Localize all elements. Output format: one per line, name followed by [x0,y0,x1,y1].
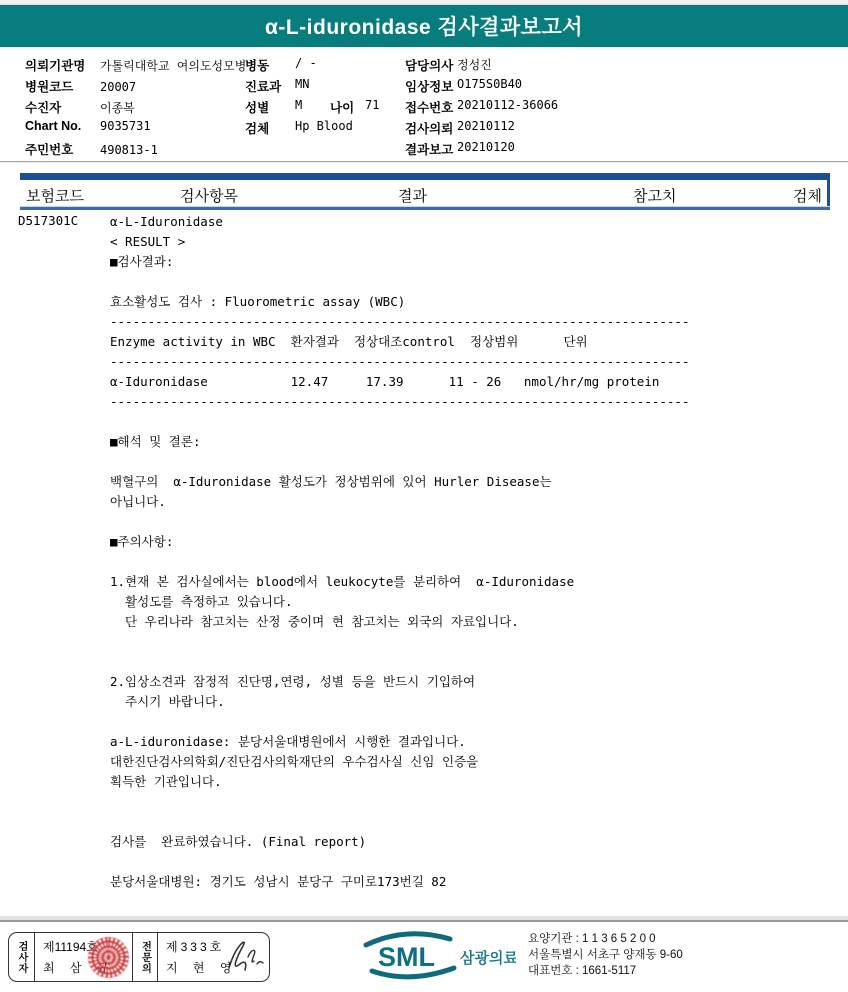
field-label-ward: 병동 [245,56,269,74]
field-label-requesting-org: 의뢰기관명 [25,56,100,74]
sml-logo-subtext: 삼광의료재단 [460,949,516,967]
field-value-patient: 이종복 [100,101,135,115]
field-label-patient: 수진자 [25,98,100,116]
field-value-doctor: 정성진 [457,56,492,73]
field-label-sex: 성별 [245,98,269,116]
field-value-chart-no: 9035731 [100,119,151,133]
field-label-accession-no: 접수번호 [405,98,453,116]
page-title: α-L-iduronidase 검사결과보고서 [265,11,583,41]
certification-box: 검사자 제11194호 최 삼 규 전문의 제333호 지 현 영 [8,932,270,982]
table-header-underline [20,207,830,210]
info-row: 수진자이종복 성별 M 나이 71 접수번호 20210112-36066 [0,98,848,119]
field-value-accession-no: 20210112-36066 [457,98,558,112]
col-header-insurance-code: 보험코드 [26,185,84,206]
footer-divider-band [0,916,848,922]
field-label-order-date: 검사의뢰 [405,119,453,137]
field-label-report-date: 결과보고 [405,140,453,158]
sml-logo-graphic: SML 삼광의료재단 [358,930,516,980]
org-contact-block: 요양기관 : 1 1 3 6 5 2 0 0 서울특별시 서초구 양재동 9-6… [528,931,683,979]
footer: 검사자 제11194호 최 삼 규 전문의 제333호 지 현 영 [0,926,848,992]
org-phone: 대표번호 : 1661-5117 [528,963,683,979]
section-divider [0,161,848,163]
signature-scribble [221,935,267,979]
lab-org-block: SML 삼광의료재단 요양기관 : 1 1 3 6 5 2 0 0 서울특별시 … [358,930,683,980]
lab-report-page: α-L-iduronidase 검사결과보고서 의뢰기관명가톨릭대학교 여의도성… [0,0,848,992]
col-header-specimen: 검체 [793,185,822,206]
field-value-specimen: Hp Blood [295,119,353,133]
field-label-chart-no: Chart No. [25,119,100,133]
examiner-cert-cell: 제11194호 최 삼 규 [35,933,132,981]
org-address: 서울특별시 서초구 양재동 9-60 [528,947,683,963]
field-label-specimen: 검체 [245,119,269,137]
col-header-result: 결과 [398,185,427,206]
insurance-code-value: D517301C [18,213,78,228]
org-care-number: 요양기관 : 1 1 3 6 5 2 0 0 [528,931,683,947]
examiner-role-label: 검사자 [9,933,35,981]
field-value-age: 71 [365,98,379,112]
report-body-text: α-L-Iduronidase < RESULT > ■검사결과: 효소활성도 … [110,212,810,892]
col-header-test-item: 검사항목 [180,185,238,206]
field-value-ward: / - [295,56,317,70]
field-label-age: 나이 [330,98,354,116]
col-header-reference: 참고치 [633,185,676,206]
patient-info-section: 의뢰기관명가톨릭대학교 여의도성모병 병동 / - 담당의사 정성진 병원코드2… [0,56,848,161]
field-label-hospital-code: 병원코드 [25,77,100,95]
field-value-hospital-code: 20007 [100,80,136,94]
report-title-banner: α-L-iduronidase 검사결과보고서 [0,5,848,47]
specialist-role-label: 전문의 [132,933,158,981]
table-top-bar [20,173,830,180]
sml-logo-letters: SML [378,942,435,972]
red-seal-stamp [88,937,129,978]
field-label-doctor: 담당의사 [405,56,453,74]
field-value-department: MN [295,77,309,91]
info-row: 병원코드20007 진료과 MN 임상정보 O175S0B40 [0,77,848,98]
sml-logo: SML 삼광의료재단 [358,930,516,980]
info-row: Chart No.9035731 검체 Hp Blood 검사의뢰 202101… [0,119,848,140]
field-label-clinical-info: 임상정보 [405,77,453,95]
field-label-resident-no: 주민번호 [25,140,100,158]
field-value-clinical-info: O175S0B40 [457,77,522,91]
field-value-sex: M [295,98,302,112]
field-value-report-date: 20210120 [457,140,515,154]
field-label-department: 진료과 [245,77,281,95]
field-value-resident-no: 490813-1 [100,143,158,157]
info-row: 의뢰기관명가톨릭대학교 여의도성모병 병동 / - 담당의사 정성진 [0,56,848,77]
field-value-order-date: 20210112 [457,119,515,133]
info-row: 주민번호490813-1 결과보고 20210120 [0,140,848,161]
field-value-requesting-org: 가톨릭대학교 여의도성모병 [100,59,246,73]
specialist-cert-cell: 제333호 지 현 영 [158,933,269,981]
result-table-header: 보험코드 검사항목 결과 참고치 검체 [20,183,830,206]
